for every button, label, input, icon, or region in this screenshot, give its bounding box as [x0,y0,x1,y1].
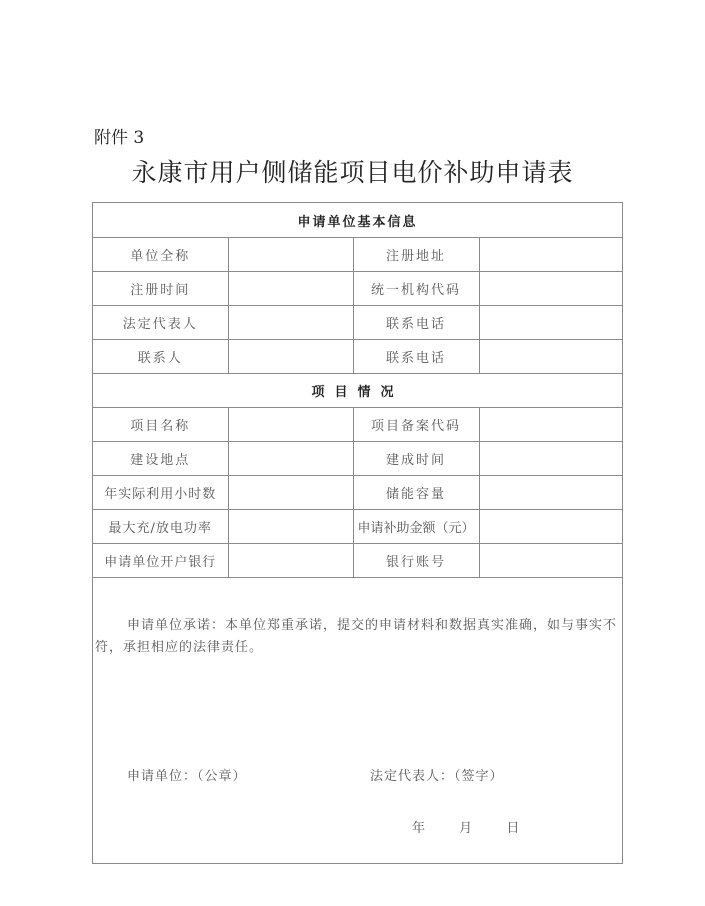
field-label: 联系电话 [353,340,479,374]
field-value-completion-date[interactable] [479,442,622,476]
field-label: 申请单位开户银行 [93,544,228,578]
field-value-project-name[interactable] [228,408,353,442]
table-row: 法定代表人 联系电话 [93,306,622,340]
field-value-max-power[interactable] [228,510,353,544]
section-header-project-info: 项目情况 [93,374,622,408]
field-label: 单位全称 [93,238,228,272]
year-label: 年 [412,817,425,836]
day-label: 日 [506,817,519,836]
field-label: 储能容量 [353,476,479,510]
table-row: 申请单位开户银行 银行账号 [93,544,622,578]
table-row: 最大充/放电功率 申请补助金额（元） [93,510,622,544]
field-value-project-code[interactable] [479,408,622,442]
field-value-registration-date[interactable] [228,272,353,306]
table-row: 联系人 联系电话 [93,340,622,374]
page-title: 永康市用户侧储能项目电价补助申请表 [0,153,705,189]
field-label: 年实际利用小时数 [93,476,228,510]
section-title: 项目情况 [93,374,622,408]
field-value-bank-account[interactable] [479,544,622,578]
field-label: 项目备案代码 [353,408,479,442]
field-value-subsidy-amount[interactable] [479,510,622,544]
field-label: 统一机构代码 [353,272,479,306]
field-label: 项目名称 [93,408,228,442]
field-value-org-code[interactable] [479,272,622,306]
table-row: 注册时间 统一机构代码 [93,272,622,306]
table-row: 年实际利用小时数 储能容量 [93,476,622,510]
field-label: 联系人 [93,340,228,374]
field-label: 建成时间 [353,442,479,476]
field-value-unit-name[interactable] [228,238,353,272]
field-label: 联系电话 [353,306,479,340]
month-label: 月 [459,817,472,836]
table-row: 建设地点 建成时间 [93,442,622,476]
field-label: 注册地址 [353,238,479,272]
field-label: 申请补助金额（元） [353,510,479,544]
field-value-bank[interactable] [228,544,353,578]
field-label: 建设地点 [93,442,228,476]
form-table: 申请单位基本信息 单位全称 注册地址 注册时间 统一机构代码 法定代表人 联系电… [93,203,622,578]
date-line: 年 月 日 [412,817,549,836]
pledge-statement: 申请单位承诺：本单位郑重承诺，提交的申请材料和数据真实准确，如与事实不符，承担相… [93,615,622,659]
table-row: 单位全称 注册地址 [93,238,622,272]
field-label: 法定代表人 [93,306,228,340]
section-title: 申请单位基本信息 [93,203,622,238]
field-label: 最大充/放电功率 [93,510,228,544]
field-value-registered-address[interactable] [479,238,622,272]
attachment-label: 附件 3 [94,123,144,148]
field-value-contact[interactable] [228,340,353,374]
table-row: 项目名称 项目备案代码 [93,408,622,442]
applicant-seal-label: 申请单位：（公章） [127,765,247,784]
field-label: 注册时间 [93,272,228,306]
field-value-legal-rep-phone[interactable] [479,306,622,340]
field-value-storage-capacity[interactable] [479,476,622,510]
field-label: 银行账号 [353,544,479,578]
field-value-location[interactable] [228,442,353,476]
legal-rep-signature-label: 法定代表人：（签字） [370,765,504,784]
field-value-contact-phone[interactable] [479,340,622,374]
section-header-basic-info: 申请单位基本信息 [93,203,622,238]
application-form: 申请单位基本信息 单位全称 注册地址 注册时间 统一机构代码 法定代表人 联系电… [92,202,623,864]
field-value-legal-rep[interactable] [228,306,353,340]
field-value-annual-hours[interactable] [228,476,353,510]
